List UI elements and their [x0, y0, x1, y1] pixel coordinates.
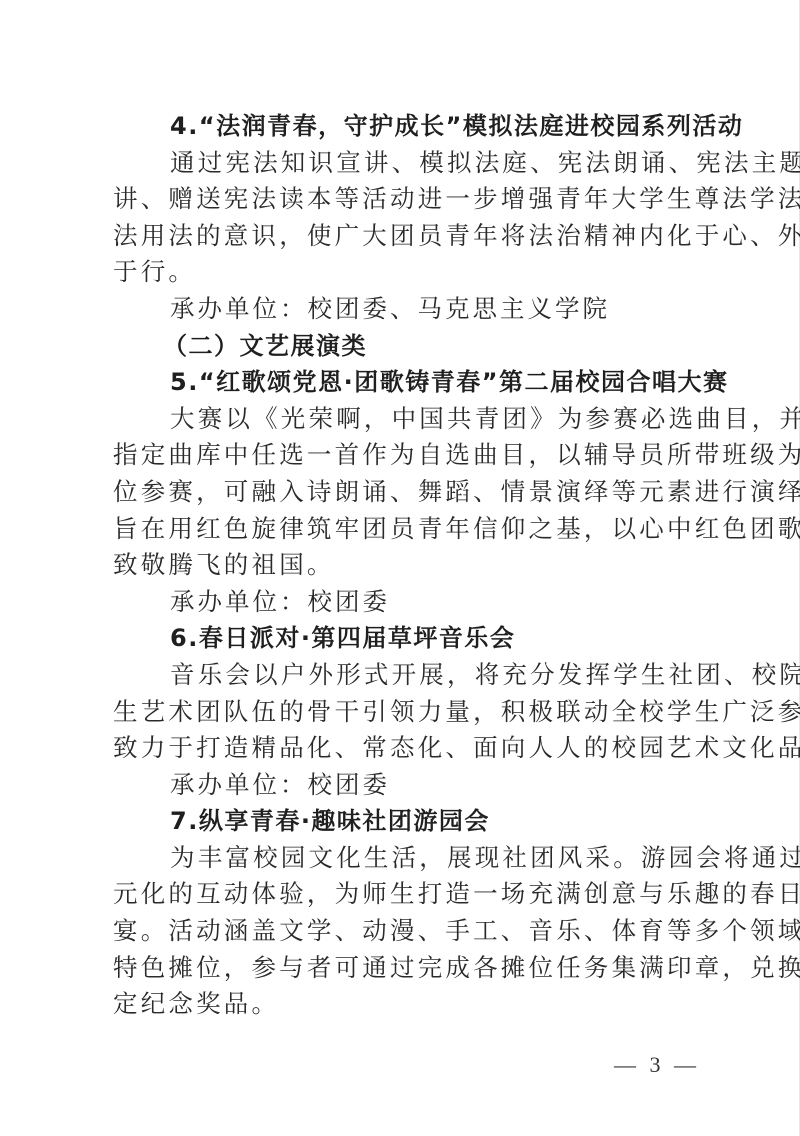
paragraph-line: 指定曲库中任选一首作为自选曲目，以辅导员所带班级为单 — [113, 437, 693, 474]
activity-6-description: 音乐会以户外形式开展，将充分发挥学生社团、校院学 生艺术团队伍的骨干引领力量，积… — [113, 657, 693, 767]
page-number: — 3 — — [614, 1052, 700, 1078]
paragraph-line: 生艺术团队伍的骨干引领力量，积极联动全校学生广泛参与， — [113, 694, 693, 731]
paragraph-line: 于行。 — [113, 254, 693, 291]
paragraph-line: 通过宪法知识宣讲、模拟法庭、宪法朗诵、宪法主题演 — [113, 145, 693, 182]
paragraph-line: 旨在用红色旋律筑牢团员青年信仰之基，以心中红色团歌， — [113, 511, 693, 548]
document-body: 4.“法润青春，守护成长”模拟法庭进校园系列活动 通过宪法知识宣讲、模拟法庭、宪… — [113, 108, 693, 1023]
paragraph-line: 定纪念奖品。 — [113, 986, 693, 1023]
activity-heading-5: 5.“红歌颂党恩·团歌铸青春”第二届校园合唱大赛 — [113, 364, 693, 401]
paragraph-line: 特色摊位，参与者可通过完成各摊位任务集满印章，兑换限 — [113, 950, 693, 987]
activity-5-description: 大赛以《光荣啊，中国共青团》为参赛必选曲目，并在 指定曲库中任选一首作为自选曲目… — [113, 401, 693, 584]
paragraph-line: 大赛以《光荣啊，中国共青团》为参赛必选曲目，并在 — [113, 401, 693, 438]
paragraph-line: 致敬腾飞的祖国。 — [113, 547, 693, 584]
paragraph-line: 位参赛，可融入诗朗诵、舞蹈、情景演绎等元素进行演绎。 — [113, 474, 693, 511]
paragraph-line: 元化的互动体验，为师生打造一场充满创意与乐趣的春日盛 — [113, 876, 693, 913]
paragraph-line: 宴。活动涵盖文学、动漫、手工、音乐、体育等多个领域的 — [113, 913, 693, 950]
section-heading-arts: （二）文艺展演类 — [113, 328, 693, 365]
activity-heading-7: 7.纵享青春·趣味社团游园会 — [113, 803, 693, 840]
paragraph-line: 法用法的意识，使广大团员青年将法治精神内化于心、外化 — [113, 218, 693, 255]
activity-heading-6: 6.春日派对·第四届草坪音乐会 — [113, 620, 693, 657]
activity-4-organizer: 承办单位：校团委、马克思主义学院 — [113, 291, 693, 328]
paragraph-line: 音乐会以户外形式开展，将充分发挥学生社团、校院学 — [113, 657, 693, 694]
activity-heading-4: 4.“法润青春，守护成长”模拟法庭进校园系列活动 — [113, 108, 693, 145]
activity-5-organizer: 承办单位：校团委 — [113, 584, 693, 621]
paragraph-line: 讲、赠送宪法读本等活动进一步增强青年大学生尊法学法守 — [113, 181, 693, 218]
paragraph-line: 致力于打造精品化、常态化、面向人人的校园艺术文化品牌。 — [113, 730, 693, 767]
activity-6-organizer: 承办单位：校团委 — [113, 767, 693, 804]
activity-7-description: 为丰富校园文化生活，展现社团风采。游园会将通过多 元化的互动体验，为师生打造一场… — [113, 840, 693, 1023]
document-page: 4.“法润青春，守护成长”模拟法庭进校园系列活动 通过宪法知识宣讲、模拟法庭、宪… — [0, 0, 800, 1136]
paragraph-line: 为丰富校园文化生活，展现社团风采。游园会将通过多 — [113, 840, 693, 877]
activity-4-description: 通过宪法知识宣讲、模拟法庭、宪法朗诵、宪法主题演 讲、赠送宪法读本等活动进一步增… — [113, 145, 693, 291]
